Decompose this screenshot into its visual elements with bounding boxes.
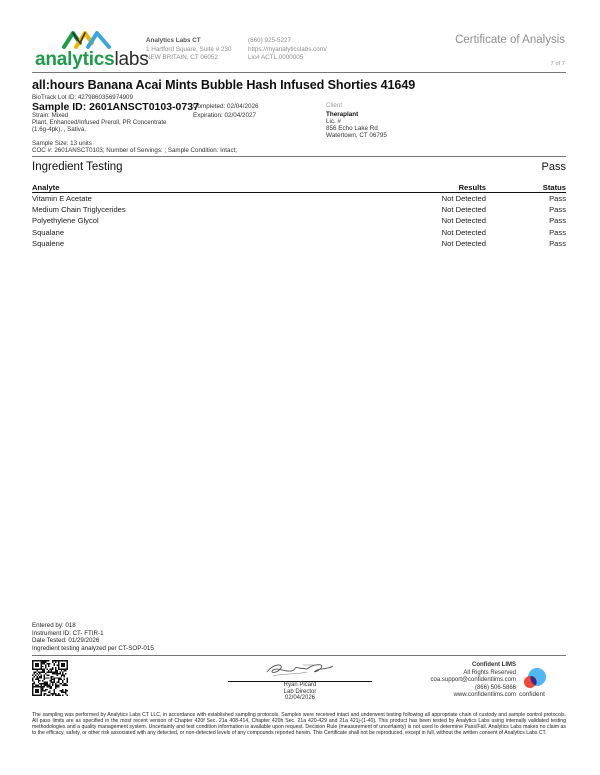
client-label: Client	[326, 102, 387, 109]
analyte-cell: Squalane	[32, 227, 376, 238]
client-address-line1: 856 Echo Lake Rd	[326, 125, 387, 132]
client-license: Lic. #	[326, 118, 387, 125]
column-header-analyte: Analyte	[32, 183, 376, 192]
status-cell: Pass	[486, 215, 566, 226]
analyte-cell: Vitamin E Acetate	[32, 193, 376, 204]
lims-email-link[interactable]: coa.support@confidentlims.com	[431, 677, 516, 685]
lab-contact-block: (860) 925-5227 https://myanalyticslabs.c…	[248, 37, 327, 63]
section-status: Pass	[542, 161, 566, 173]
test-notes: Entered by: 018 Instrument ID: CT- FTIR-…	[32, 622, 154, 652]
result-cell: Not Detected	[376, 193, 486, 204]
status-cell: Pass	[486, 204, 566, 215]
section-divider	[32, 156, 566, 157]
sample-size: Sample Size: 13 units	[32, 140, 237, 147]
confident-brand-text: confident	[519, 691, 545, 698]
result-cell: Not Detected	[376, 215, 486, 226]
strain: Strain: Mixed	[32, 112, 202, 119]
status-cell: Pass	[486, 238, 566, 249]
product-type-line1: Plant, Enhanced/Infused Preroll, PR Conc…	[32, 119, 202, 126]
lab-address-block: Analytics Labs CT 1 Hartford Square, Sui…	[146, 37, 231, 63]
logo-text-analytics: analytics	[35, 49, 115, 70]
instrument-id: Instrument ID: CT- FTIR-1	[32, 630, 154, 638]
client-block: Client Theraplant Lic. # 856 Echo Lake R…	[326, 102, 387, 140]
completed-date: Completed: 02/04/2026	[193, 103, 258, 112]
signature-date: 02/04/2026	[228, 695, 372, 702]
disclaimer: The sampling was performed by Analytics …	[32, 713, 566, 737]
lab-name: Analytics Labs CT	[146, 37, 231, 46]
sample-details: Strain: Mixed Plant, Enhanced/Infused Pr…	[32, 112, 202, 134]
signatory-name: Ryan Picard	[228, 682, 372, 689]
lims-rights: All Rights Reserved	[431, 670, 516, 678]
analyte-cell: Medium Chain Triglycerides	[32, 204, 376, 215]
table-row: SqualaneNot DetectedPass	[32, 227, 566, 238]
analyte-cell: Polyethylene Glycol	[32, 215, 376, 226]
status-cell: Pass	[486, 193, 566, 204]
header-divider	[32, 72, 566, 73]
product-type-line2: (1.6g-4pk), , Sativa,	[32, 126, 202, 133]
sample-dates: Completed: 02/04/2026 Expiration: 02/04/…	[193, 103, 258, 120]
qr-code-icon[interactable]	[32, 660, 68, 696]
client-name: Theraplant	[326, 111, 387, 118]
mountain-peaks-logo-icon	[61, 28, 113, 50]
coc-info: COC #: 2601ANSCT0103; Number of Servings…	[32, 147, 237, 154]
table-header: Analyte Results Status	[32, 183, 566, 193]
table-row: SqualeneNot DetectedPass	[32, 238, 566, 249]
result-cell: Not Detected	[376, 238, 486, 249]
logo-wordmark: analyticslabs	[35, 49, 149, 71]
date-tested: Date Tested: 01/29/2026	[32, 637, 154, 645]
lab-address-line1: 1 Hartford Square, Suite # 230	[146, 46, 231, 55]
analyte-cell: Squalene	[32, 238, 376, 249]
footer-divider	[32, 655, 566, 656]
lims-phone: (866) 506-5866	[431, 685, 516, 693]
result-cell: Not Detected	[376, 227, 486, 238]
signature-icon	[263, 660, 339, 680]
page-number: 7 of 7	[550, 61, 565, 67]
lims-name: Confident LIMS	[431, 662, 516, 670]
test-method: Ingredient testing analyzed per CT-SOP-0…	[32, 645, 154, 653]
lab-address-line2: NEW BRITAIN, CT 06052	[146, 54, 231, 63]
signatory-block: Ryan Picard Lab Director 02/04/2026	[228, 682, 372, 702]
column-header-results: Results	[376, 183, 486, 192]
table-row: Polyethylene GlycolNot DetectedPass	[32, 215, 566, 226]
client-address-line2: Watertown, CT 06795	[326, 132, 387, 139]
confident-logo-icon	[522, 667, 548, 691]
signatory-title: Lab Director	[228, 689, 372, 696]
document-title: Certificate of Analysis	[455, 34, 565, 46]
section-title: Ingredient Testing	[32, 161, 123, 173]
status-cell: Pass	[486, 227, 566, 238]
lims-info: Confident LIMS All Rights Reserved coa.s…	[431, 662, 516, 700]
sample-info: Sample Size: 13 units COC #: 2601ANSCT01…	[32, 140, 237, 154]
analytics-labs-logo: analyticslabs	[35, 28, 145, 74]
column-header-status: Status	[486, 183, 566, 192]
table-row: Medium Chain TriglyceridesNot DetectedPa…	[32, 204, 566, 215]
logo-text-labs: labs	[115, 49, 149, 70]
entered-by: Entered by: 018	[32, 622, 154, 630]
biotrack-lot-id: BioTrack Lot ID: 4279860356974909	[32, 94, 133, 101]
lab-license: Lic# ACTL.0000005	[248, 54, 327, 63]
table-row: Vitamin E AcetateNot DetectedPass	[32, 193, 566, 204]
lims-website-link[interactable]: www.confidentlims.com	[431, 692, 516, 700]
lab-phone: (860) 925-5227	[248, 37, 327, 46]
result-cell: Not Detected	[376, 204, 486, 215]
lab-website-link[interactable]: https://myanalyticslabs.com/	[248, 46, 327, 55]
expiration-date: Expiration: 02/04/2027	[193, 112, 258, 121]
ingredient-table: Analyte Results Status Vitamin E Acetate…	[32, 183, 566, 249]
product-title: all:hours Banana Acai Mints Bubble Hash …	[32, 78, 415, 92]
